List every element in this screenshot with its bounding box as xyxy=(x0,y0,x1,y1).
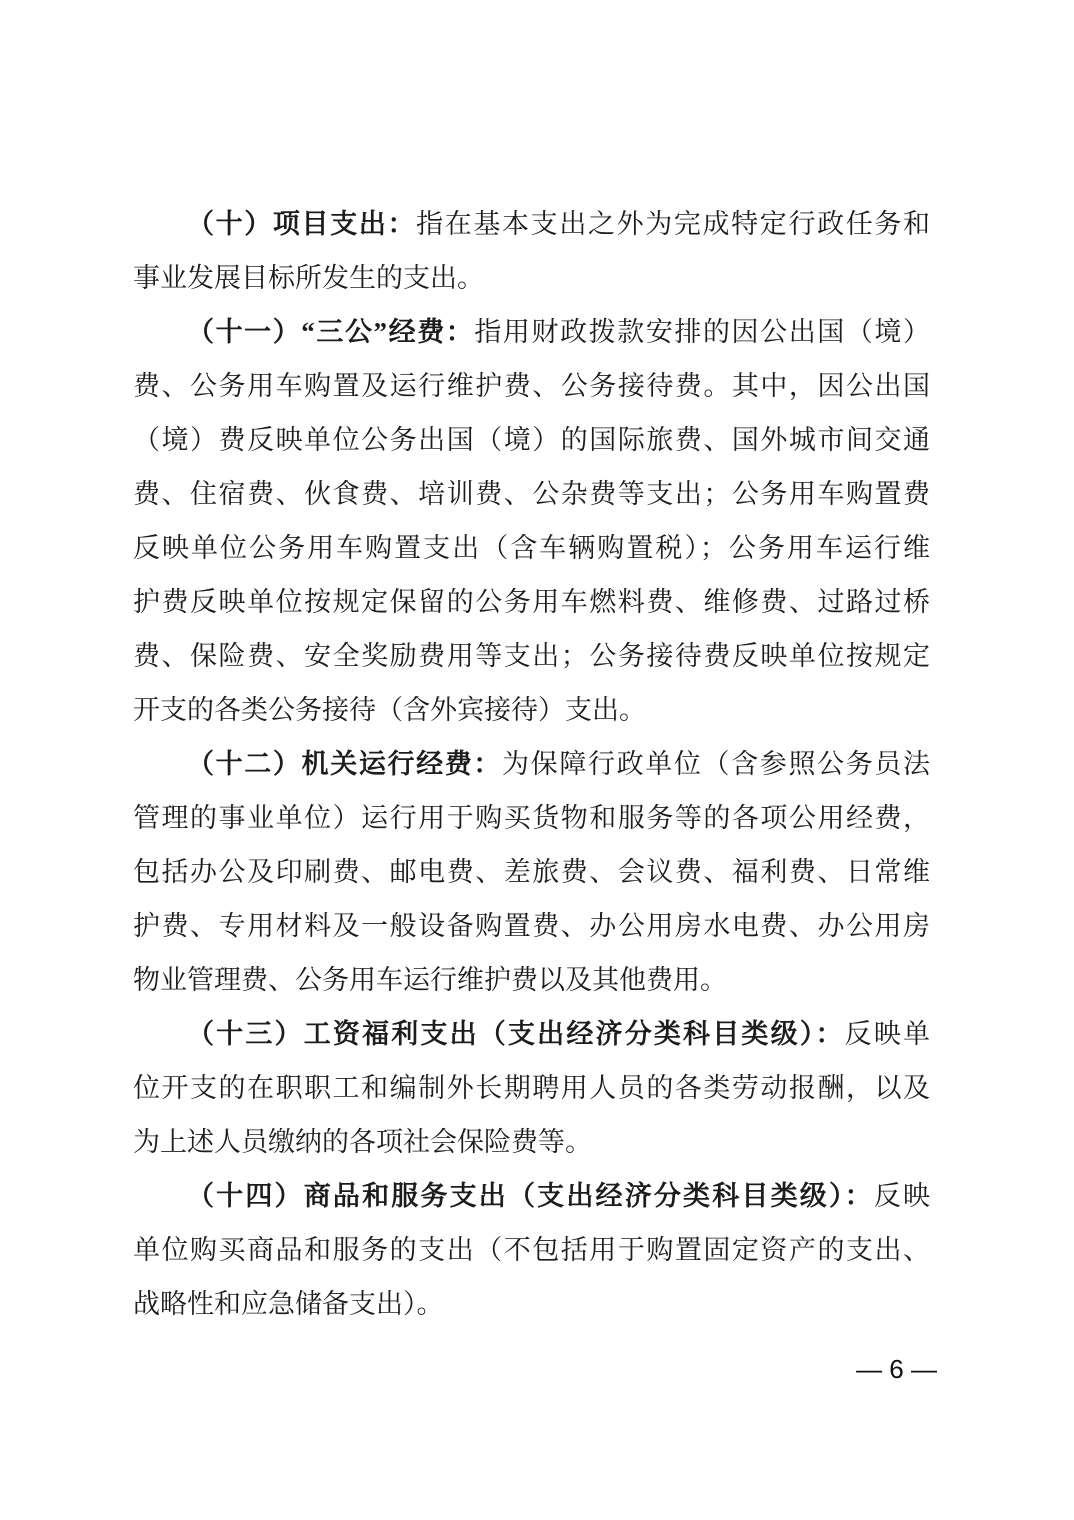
document-page: （十）项目支出：指在基本支出之外为完成特定行政任务和事业发展目标所发生的支出。（… xyxy=(0,0,1074,1520)
text-segment: 物业管理费、公务用车运行维护费以及其他费用。 xyxy=(133,965,727,995)
text-line: 事业发展目标所发生的支出。 xyxy=(133,251,930,305)
text-segment: 反映单 xyxy=(845,1019,930,1049)
term-heading: （十）项目支出： xyxy=(187,209,416,239)
text-line: （十三）工资福利支出（支出经济分类科目类级）：反映单 xyxy=(133,1007,930,1061)
text-line: 费、保险费、安全奖励费用等支出；公务接待费反映单位按规定 xyxy=(133,629,930,683)
text-segment: 护费反映单位按规定保留的公务用车燃料费、维修费、过路过桥 xyxy=(133,587,930,617)
text-segment: （境）费反映单位公务出国（境）的国际旅费、国外城市间交通 xyxy=(133,425,930,455)
text-segment: 位开支的在职职工和编制外长期聘用人员的各类劳动报酬，以及 xyxy=(133,1073,930,1103)
term-heading: （十三）工资福利支出（支出经济分类科目类级）： xyxy=(187,1019,845,1049)
text-segment: 费、公务用车购置及运行维护费、公务接待费。其中，因公出国 xyxy=(133,371,930,401)
text-segment: 指在基本支出之外为完成特定行政任务和 xyxy=(416,209,930,239)
term-heading: （十二）机关运行经费： xyxy=(187,749,502,779)
text-segment: 事业发展目标所发生的支出。 xyxy=(133,263,484,293)
text-line: （十四）商品和服务支出（支出经济分类科目类级）：反映 xyxy=(133,1169,930,1223)
text-segment: 费、住宿费、伙食费、培训费、公杂费等支出；公务用车购置费 xyxy=(133,479,930,509)
text-line: 护费、专用材料及一般设备购置费、办公用房水电费、办公用房 xyxy=(133,899,930,953)
text-segment: 为保障行政单位（含参照公务员法 xyxy=(502,749,930,779)
text-segment: 战略性和应急储备支出）。 xyxy=(133,1289,444,1319)
paragraph-item-13-wage-welfare-expenditure: （十三）工资福利支出（支出经济分类科目类级）：反映单位开支的在职职工和编制外长期… xyxy=(133,1007,930,1169)
text-line: 反映单位公务用车购置支出（含车辆购置税）；公务用车运行维 xyxy=(133,521,930,575)
text-segment: 反映 xyxy=(874,1181,930,1211)
text-line: 费、住宿费、伙食费、培训费、公杂费等支出；公务用车购置费 xyxy=(133,467,930,521)
text-segment: 为上述人员缴纳的各项社会保险费等。 xyxy=(133,1127,592,1157)
text-line: （境）费反映单位公务出国（境）的国际旅费、国外城市间交通 xyxy=(133,413,930,467)
text-line: 战略性和应急储备支出）。 xyxy=(133,1277,930,1331)
term-heading: （十一）“三公”经费： xyxy=(187,317,474,347)
text-line: 位开支的在职职工和编制外长期聘用人员的各类劳动报酬，以及 xyxy=(133,1061,930,1115)
page-number: — 6 — xyxy=(0,1349,937,1389)
text-segment: 指用财政拨款安排的因公出国（境） xyxy=(474,317,930,347)
text-segment: 开支的各类公务接待（含外宾接待）支出。 xyxy=(133,695,646,725)
term-heading: （十四）商品和服务支出（支出经济分类科目类级）： xyxy=(187,1181,874,1211)
text-segment: 单位购买商品和服务的支出（不包括用于购置固定资产的支出、 xyxy=(133,1235,930,1265)
text-line: （十一）“三公”经费：指用财政拨款安排的因公出国（境） xyxy=(133,305,930,359)
paragraph-item-11-three-public-funds: （十一）“三公”经费：指用财政拨款安排的因公出国（境）费、公务用车购置及运行维护… xyxy=(133,305,930,737)
text-line: 单位购买商品和服务的支出（不包括用于购置固定资产的支出、 xyxy=(133,1223,930,1277)
text-line: 费、公务用车购置及运行维护费、公务接待费。其中，因公出国 xyxy=(133,359,930,413)
text-segment: 管理的事业单位）运行用于购买货物和服务等的各项公用经费， xyxy=(133,803,930,833)
text-line: （十）项目支出：指在基本支出之外为完成特定行政任务和 xyxy=(133,197,930,251)
paragraph-item-10-project-expenditure: （十）项目支出：指在基本支出之外为完成特定行政任务和事业发展目标所发生的支出。 xyxy=(133,197,930,305)
text-segment: 费、保险费、安全奖励费用等支出；公务接待费反映单位按规定 xyxy=(133,641,930,671)
text-line: 管理的事业单位）运行用于购买货物和服务等的各项公用经费， xyxy=(133,791,930,845)
text-segment: 包括办公及印刷费、邮电费、差旅费、会议费、福利费、日常维 xyxy=(133,857,930,887)
text-segment: 护费、专用材料及一般设备购置费、办公用房水电费、办公用房 xyxy=(133,911,930,941)
text-segment: 反映单位公务用车购置支出（含车辆购置税）；公务用车运行维 xyxy=(133,533,930,563)
text-line: 开支的各类公务接待（含外宾接待）支出。 xyxy=(133,683,930,737)
paragraph-item-14-goods-services-expenditure: （十四）商品和服务支出（支出经济分类科目类级）：反映单位购买商品和服务的支出（不… xyxy=(133,1169,930,1331)
text-line: （十二）机关运行经费：为保障行政单位（含参照公务员法 xyxy=(133,737,930,791)
paragraph-item-12-agency-operating-funds: （十二）机关运行经费：为保障行政单位（含参照公务员法管理的事业单位）运行用于购买… xyxy=(133,737,930,1007)
text-line: 为上述人员缴纳的各项社会保险费等。 xyxy=(133,1115,930,1169)
text-line: 护费反映单位按规定保留的公务用车燃料费、维修费、过路过桥 xyxy=(133,575,930,629)
text-line: 包括办公及印刷费、邮电费、差旅费、会议费、福利费、日常维 xyxy=(133,845,930,899)
document-body: （十）项目支出：指在基本支出之外为完成特定行政任务和事业发展目标所发生的支出。（… xyxy=(133,197,930,1331)
text-line: 物业管理费、公务用车运行维护费以及其他费用。 xyxy=(133,953,930,1007)
